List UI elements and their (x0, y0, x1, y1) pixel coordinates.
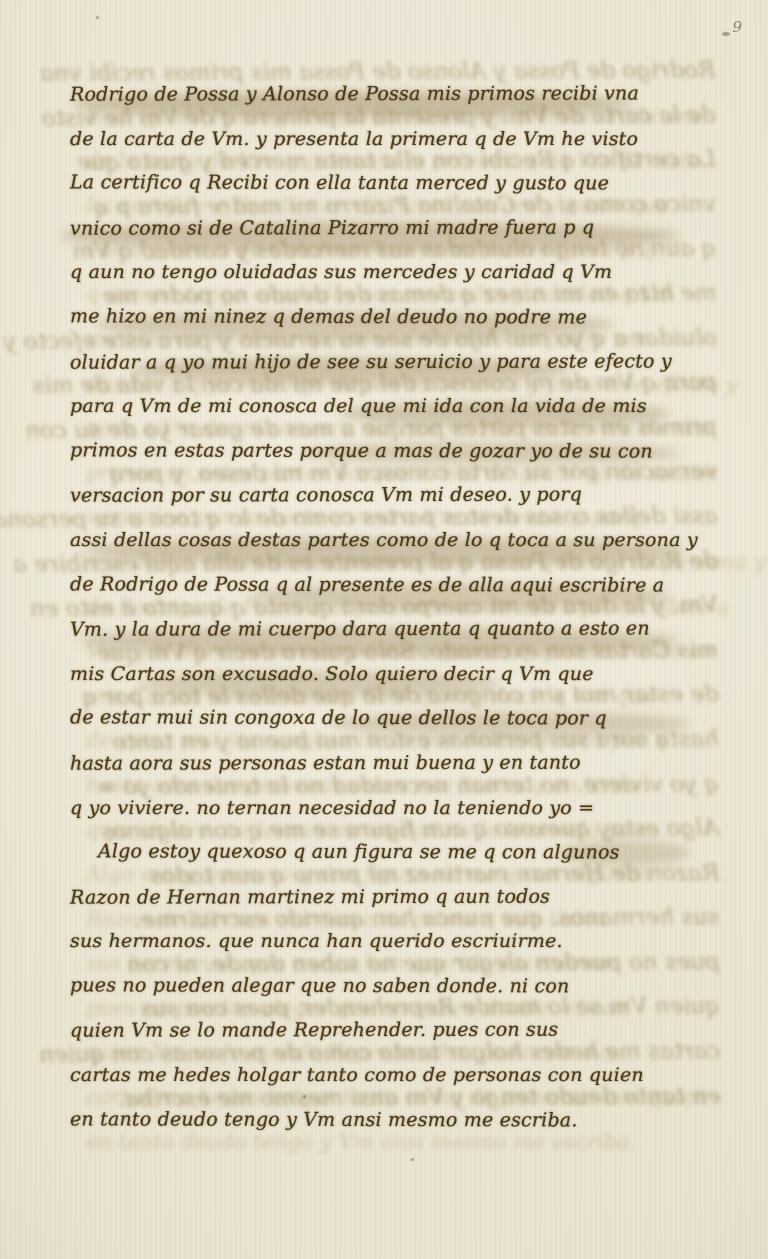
manuscript-line: pues no pueden alegar que no saben donde… (70, 963, 718, 1009)
page-number: 9 (732, 18, 742, 36)
manuscript-line: Razon de Hernan martinez mi primo q aun … (70, 874, 718, 920)
manuscript-line: sus hermanos. que nunca han querido escr… (70, 919, 718, 964)
manuscript-line: me hizo en mi ninez q demas del deudo no… (70, 294, 718, 340)
manuscript-line: q aun no tengo oluidadas sus mercedes y … (70, 250, 718, 295)
ink-fleck (722, 32, 730, 36)
manuscript-line: de Rodrigo de Possa q al presente es de … (70, 562, 718, 608)
manuscript-line: de estar mui sin congoxa de lo que dello… (70, 696, 718, 742)
manuscript-page: Rodrigo de Possa y Alonso de Possa mis p… (0, 0, 768, 1259)
ink-fleck (411, 1158, 414, 1161)
manuscript-line: La certifico q Recibi con ella tanta mer… (70, 161, 718, 207)
manuscript-line: q yo viviere. no ternan necesidad no la … (70, 786, 718, 831)
manuscript-line: assi dellas cosas destas partes como de … (70, 518, 718, 563)
manuscript-line: mis Cartas son excusado. Solo quiero dec… (70, 652, 718, 697)
manuscript-line: quien Vm se lo mande Reprehender. pues c… (70, 1008, 718, 1054)
ink-fleck (303, 1095, 306, 1098)
manuscript-line: Rodrigo de Possa y Alonso de Possa mis p… (70, 71, 718, 117)
manuscript-line: vnico como si de Catalina Pizarro mi mad… (70, 205, 718, 251)
manuscript-line: de la carta de Vm. y presenta la primera… (70, 117, 718, 162)
ink-fleck (96, 16, 99, 19)
manuscript-line: versacion por su carta conosca Vm mi des… (70, 473, 718, 519)
manuscript-line: Vm. y la dura de mi cuerpo dara quenta q… (70, 606, 718, 652)
manuscript-line: para q Vm de mi conosca del que mi ida c… (70, 384, 718, 429)
manuscript-text: Rodrigo de Possa y Alonso de Possa mis p… (70, 72, 718, 1142)
manuscript-line: en tanto deudo tengo y Vm ansi mesmo me … (70, 1097, 718, 1143)
manuscript-line: primos en estas partes porque a mas de g… (70, 428, 718, 474)
manuscript-line: Algo estoy quexoso q aun figura se me q … (70, 829, 718, 875)
manuscript-line: cartas me hedes holgar tanto como de per… (70, 1053, 718, 1098)
manuscript-line: oluidar a q yo mui hijo de see su seruic… (70, 339, 718, 385)
manuscript-line: hasta aora sus personas estan mui buena … (70, 740, 718, 786)
